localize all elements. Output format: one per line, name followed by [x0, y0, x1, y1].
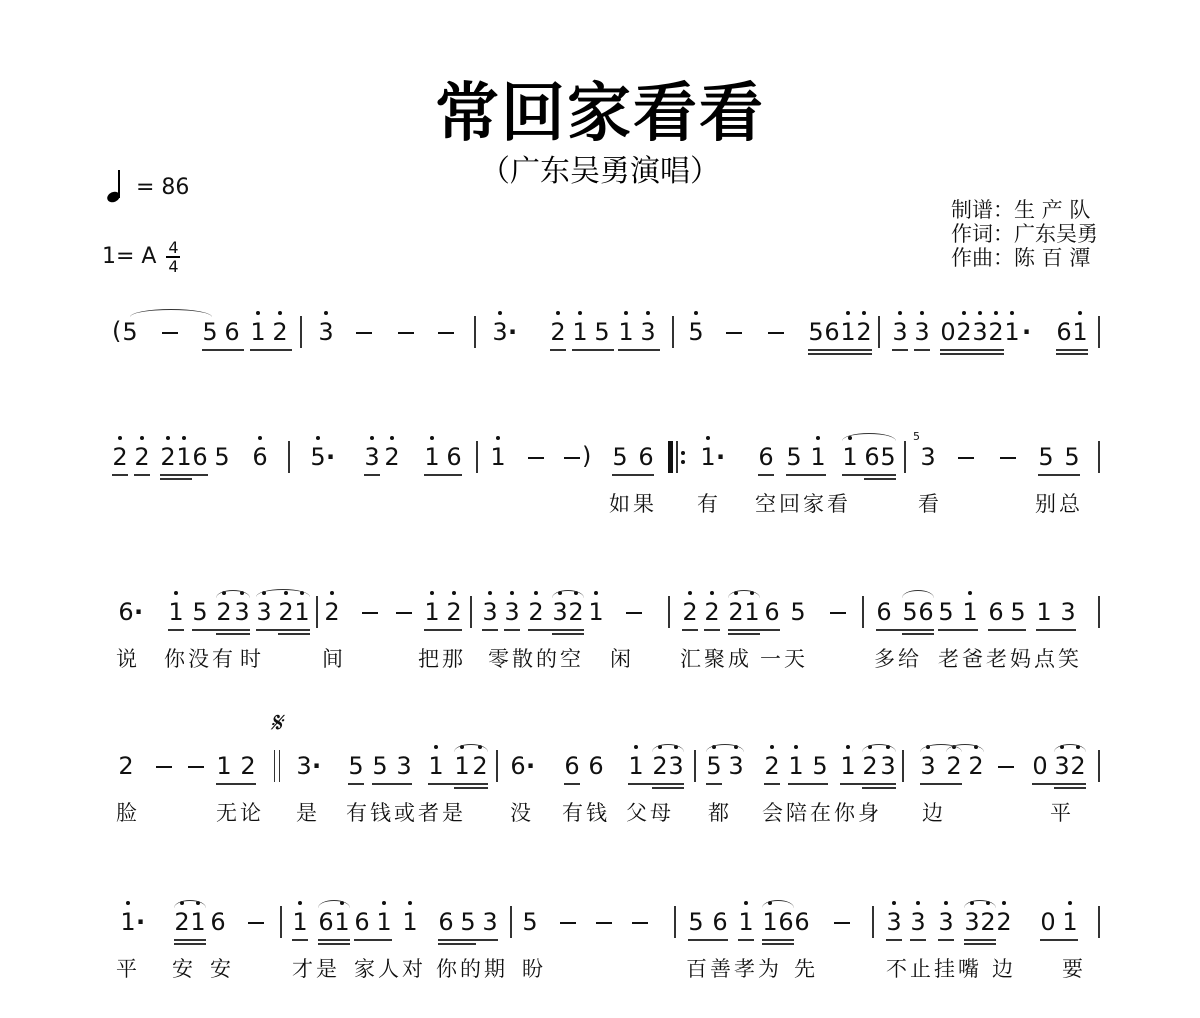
duration-underline: [216, 633, 250, 635]
barline: [496, 750, 498, 782]
score-system: 6·1523321212332321222165656516513说你没有时间把…: [112, 592, 1102, 682]
tempo-marking: = 86: [106, 170, 189, 204]
duration-underline: [840, 783, 896, 785]
lyric-text: 脸: [116, 800, 140, 826]
note: 6: [588, 752, 604, 780]
note: 2: [568, 598, 584, 626]
lyric-text: 会陪在你身: [762, 800, 882, 826]
sustain-dash: [830, 612, 846, 614]
duration-underline: [886, 939, 902, 941]
duration-underline: [354, 939, 392, 941]
lyric-text: 把那: [418, 646, 466, 672]
sustain-dash: [998, 766, 1014, 768]
augmentation-dot: ·: [326, 443, 335, 471]
note: 3: [396, 752, 412, 780]
note: 6: [638, 443, 654, 471]
lyrics-line: 脸无论是有钱或者是没有钱父母都会陪在你身边平: [112, 806, 1102, 836]
lyric-text: 盼: [522, 956, 546, 982]
note: 1: [788, 752, 804, 780]
note: 3: [668, 752, 684, 780]
note: 5: [522, 908, 538, 936]
staff-line: (5561233·21513556123302321·61: [112, 312, 1102, 372]
lyric-text: 老爸老妈点笑: [938, 646, 1082, 672]
sustain-dash: [528, 457, 544, 459]
duration-underline: [964, 939, 996, 941]
sustain-dash: [726, 332, 742, 334]
note: 5: [202, 318, 218, 346]
augmentation-dot: ·: [1022, 318, 1031, 346]
note: 0: [1040, 908, 1056, 936]
lyric-text: 看: [918, 491, 942, 517]
note: 1: [1072, 318, 1088, 346]
note: 3: [910, 908, 926, 936]
duration-underline: [988, 629, 1026, 631]
barline: [280, 906, 282, 938]
duration-underline: [504, 629, 520, 631]
note: 2: [704, 598, 720, 626]
note: 5: [310, 443, 326, 471]
slur-arc: [862, 744, 896, 752]
note: 0: [940, 318, 956, 346]
note: 2: [446, 598, 462, 626]
sustain-dash: [438, 332, 454, 334]
note: 2: [980, 908, 996, 936]
note: 3: [886, 908, 902, 936]
staff-line: 22216565·32161)561·6511655355: [112, 437, 1102, 497]
duration-underline: [864, 478, 896, 480]
duration-underline: [920, 783, 962, 785]
note: 1: [840, 752, 856, 780]
note: 5: [786, 443, 802, 471]
duration-underline: [112, 474, 128, 476]
staff-line: 6·1523321212332321222165656516513: [112, 592, 1102, 652]
note: 1: [402, 908, 418, 936]
note: 5: [1010, 598, 1026, 626]
duration-underline: [706, 783, 722, 785]
duration-underline: [160, 474, 208, 476]
staff-line: 𝄋2123·5531126·6612353215123322032: [112, 746, 1102, 806]
barline: [1098, 441, 1100, 473]
lyric-text: 边: [922, 800, 946, 826]
note: 3: [1054, 752, 1070, 780]
segno-icon: 𝄋: [270, 706, 282, 740]
duration-underline: [704, 629, 720, 631]
note: 5: [688, 318, 704, 346]
duration-underline: [940, 349, 1004, 351]
lyric-text: 才是: [292, 956, 340, 982]
sustain-dash: [632, 922, 648, 924]
duration-underline: [482, 629, 498, 631]
slur-arc: [130, 309, 212, 317]
note: 6: [318, 908, 334, 936]
note: 2: [118, 752, 134, 780]
note: 2: [996, 908, 1012, 936]
key-signature: 1= A 4 4: [102, 240, 180, 274]
note: 2: [134, 443, 150, 471]
lyric-text: 多给: [874, 646, 922, 672]
duration-underline: [728, 629, 780, 631]
sustain-dash: [564, 457, 580, 459]
duration-underline: [688, 939, 728, 941]
duration-underline: [1056, 353, 1088, 355]
duration-underline: [728, 633, 760, 635]
note: 1: [428, 752, 444, 780]
lyric-text: 父母: [626, 800, 674, 826]
note: 1: [572, 318, 588, 346]
note: 3: [482, 908, 498, 936]
note: 1: [588, 598, 604, 626]
barline: [300, 316, 302, 348]
note: 2: [272, 318, 288, 346]
credit-transcriber: 制谱：生 产 队: [951, 198, 1098, 222]
slur-arc: [728, 590, 760, 598]
barline: [470, 596, 472, 628]
note: 2: [1070, 752, 1086, 780]
note: 6: [438, 908, 454, 936]
barline: [694, 750, 696, 782]
note: 3: [504, 598, 520, 626]
lyric-text: 你的期: [436, 956, 508, 982]
note: 6: [564, 752, 580, 780]
duration-underline: [318, 943, 350, 945]
duration-underline: [910, 939, 926, 941]
duration-underline: [454, 787, 488, 789]
note: 6: [794, 908, 810, 936]
note: 2: [862, 752, 878, 780]
duration-underline: [842, 474, 896, 476]
duration-underline: [902, 633, 934, 635]
note: 1: [424, 443, 440, 471]
note: 5: [880, 443, 896, 471]
song-title: 常回家看看: [0, 62, 1200, 154]
note: 1: [738, 908, 754, 936]
lyrics-line: 说你没有时间把那零散的空闲汇聚成一天多给老爸老妈点笑: [112, 652, 1102, 682]
note: 5: [902, 598, 918, 626]
duration-underline: [438, 939, 498, 941]
lyric-text: 无论: [216, 800, 264, 826]
augmentation-dot: ·: [526, 752, 535, 780]
note: 1: [744, 598, 760, 626]
key-label: 1= A: [102, 244, 156, 269]
lyric-text: 不止挂嘴: [886, 956, 982, 982]
lyric-text: 说: [116, 646, 140, 672]
note: 2: [988, 318, 1004, 346]
lyric-text: 要: [1062, 956, 1086, 982]
duration-underline: [168, 629, 184, 631]
lyric-text: 别总: [1035, 491, 1083, 517]
note: 1: [762, 908, 778, 936]
duration-underline: [618, 349, 660, 351]
score-system: 22216565·32161)561·6511655355如果有空回家看看别总: [112, 437, 1102, 527]
note: 1: [216, 752, 232, 780]
duration-underline: [564, 783, 580, 785]
note: 5: [348, 752, 364, 780]
note: 6: [778, 908, 794, 936]
note: 2: [956, 318, 972, 346]
barline: [1098, 596, 1100, 628]
duration-underline: [424, 474, 462, 476]
note: 1: [490, 443, 506, 471]
sustain-dash: [958, 457, 974, 459]
note: 1: [168, 598, 184, 626]
note: 1: [618, 318, 634, 346]
barline: [902, 750, 904, 782]
credit-lyricist: 作词：广东吴勇: [951, 222, 1098, 246]
duration-underline: [1056, 349, 1088, 351]
duration-underline: [250, 349, 292, 351]
slur-arc: [842, 433, 896, 441]
slur-arc: [216, 590, 250, 598]
note: 1: [376, 908, 392, 936]
note: 1: [176, 443, 192, 471]
duration-underline: [428, 783, 488, 785]
duration-underline: [738, 939, 754, 941]
slur-arc: [946, 744, 984, 752]
duration-underline: [808, 353, 872, 355]
note: 3: [728, 752, 744, 780]
slur-arc: [706, 744, 744, 752]
note: 2: [856, 318, 872, 346]
barline: [1098, 906, 1100, 938]
slur-arc: [318, 900, 350, 908]
note: 5: [372, 752, 388, 780]
note: 3: [892, 318, 908, 346]
lyric-text: 一天: [760, 646, 808, 672]
slur-arc: [762, 900, 794, 908]
note: 1: [334, 908, 350, 936]
augmentation-dot: ·: [716, 443, 725, 471]
note: 2: [240, 752, 256, 780]
note: 6: [210, 908, 226, 936]
slur-arc: [652, 744, 684, 752]
note: 3: [234, 598, 250, 626]
slur-arc: [174, 900, 206, 908]
duration-underline: [1054, 787, 1086, 789]
note: 6: [446, 443, 462, 471]
duration-underline: [202, 349, 244, 351]
barline: [878, 316, 880, 348]
lyric-text: 安: [172, 956, 196, 982]
score-system: (5561233·21513556123302321·61: [112, 312, 1102, 402]
sustain-dash: [398, 332, 414, 334]
tempo-value: = 86: [136, 175, 189, 200]
barline: [862, 596, 864, 628]
duration-underline: [572, 349, 614, 351]
note: 5: [612, 443, 628, 471]
lyric-text: 是: [296, 800, 320, 826]
note: 2: [946, 752, 962, 780]
lyric-text: 零散的空: [488, 646, 584, 672]
sustain-dash: [162, 332, 178, 334]
note: 1: [628, 752, 644, 780]
duration-underline: [892, 349, 908, 351]
note: 3: [482, 598, 498, 626]
lyrics-line: [112, 372, 1102, 402]
note: 1: [842, 443, 858, 471]
note: 3: [552, 598, 568, 626]
duration-underline: [1038, 474, 1080, 476]
note: 2: [278, 598, 294, 626]
staff-line: 1·216161611653556116633332201: [112, 902, 1102, 962]
sustain-dash: [356, 332, 372, 334]
note: 1: [454, 752, 470, 780]
note: 5: [688, 908, 704, 936]
duration-underline: [786, 474, 826, 476]
note: 2: [472, 752, 488, 780]
lyric-text: 平: [1050, 800, 1074, 826]
lyric-text: 有钱: [562, 800, 610, 826]
duration-underline: [1040, 939, 1078, 941]
barline: [672, 316, 674, 348]
duration-underline: [278, 633, 310, 635]
note: 2: [728, 598, 744, 626]
note: 5: [1038, 443, 1054, 471]
note: 2: [112, 443, 128, 471]
note: 1: [1004, 318, 1020, 346]
duration-underline: [1036, 629, 1076, 631]
augmentation-dot: ·: [136, 908, 145, 936]
note: 3: [938, 908, 954, 936]
barline: [1098, 750, 1100, 782]
grace-note: 5: [913, 431, 920, 442]
duration-underline: [364, 474, 380, 476]
note: 3: [914, 318, 930, 346]
score-system: 1·216161611653556116633332201平安安才是家人对你的期…: [112, 902, 1102, 992]
credit-composer: 作曲：陈 百 潭: [951, 246, 1098, 270]
note: 6: [354, 908, 370, 936]
note: 2: [160, 443, 176, 471]
note: 3: [364, 443, 380, 471]
note: 0: [1032, 752, 1048, 780]
duration-underline: [652, 787, 684, 789]
note: 6: [224, 318, 240, 346]
barline: [476, 441, 478, 473]
note: 1: [1062, 908, 1078, 936]
duration-underline: [758, 474, 774, 476]
note: 3: [1060, 598, 1076, 626]
note: 3: [640, 318, 656, 346]
barline: [904, 441, 906, 473]
note: 5: [938, 598, 954, 626]
duration-underline: [292, 939, 308, 941]
note: 6: [758, 443, 774, 471]
duration-underline: [424, 629, 462, 631]
augmentation-dot: ·: [312, 752, 321, 780]
lyric-text: 有钱或者是: [346, 800, 466, 826]
duration-underline: [372, 783, 412, 785]
note: 2: [968, 752, 984, 780]
repeat-start-barline: [668, 441, 684, 473]
lyric-text: 百善孝为: [686, 956, 782, 982]
sustain-dash: [396, 612, 412, 614]
note: 2: [764, 752, 780, 780]
slur-arc: [902, 590, 934, 598]
duration-underline: [964, 943, 996, 945]
lyric-text: 没: [510, 800, 534, 826]
note: 1: [1036, 598, 1052, 626]
slur-arc: [552, 590, 584, 598]
note: 1: [120, 908, 136, 936]
note: 3: [920, 443, 936, 471]
quarter-note-icon: [106, 170, 122, 204]
note: 2: [652, 752, 668, 780]
note: 6: [252, 443, 268, 471]
lyric-text: 安: [210, 956, 234, 982]
time-sig-top: 4: [168, 240, 178, 255]
slur-arc: [964, 900, 996, 908]
note: 5: [460, 908, 476, 936]
sustain-dash: [626, 612, 642, 614]
augmentation-dot: ·: [508, 318, 517, 346]
lyric-text: 汇聚成: [680, 646, 752, 672]
lyric-text: 时: [240, 646, 264, 672]
barline: [1098, 316, 1100, 348]
lyric-text: 平: [116, 956, 140, 982]
note: 6: [510, 752, 526, 780]
note: 1: [840, 318, 856, 346]
duration-underline: [682, 629, 698, 631]
note: 6: [764, 598, 780, 626]
note: 2: [682, 598, 698, 626]
sustain-dash: [188, 766, 204, 768]
note: 3: [880, 752, 896, 780]
note: 3: [296, 752, 312, 780]
sustain-dash: [1000, 457, 1016, 459]
note: 2: [174, 908, 190, 936]
lyric-text: 如果: [609, 491, 657, 517]
note: 3: [492, 318, 508, 346]
duration-underline: [134, 474, 150, 476]
parenthesis: ): [582, 442, 591, 470]
note: 5: [812, 752, 828, 780]
barline: [474, 316, 476, 348]
sustain-dash: [560, 922, 576, 924]
note: 6: [918, 598, 934, 626]
note: 1: [190, 908, 206, 936]
sustain-dash: [248, 922, 264, 924]
lyric-text: 你没有: [164, 646, 236, 672]
note: 1: [810, 443, 826, 471]
barline: [510, 906, 512, 938]
lyric-text: 间: [322, 646, 346, 672]
duration-underline: [876, 629, 934, 631]
duration-underline: [348, 783, 364, 785]
parenthesis: (: [112, 317, 121, 345]
note: 1: [292, 908, 308, 936]
duration-underline: [764, 783, 780, 785]
duration-underline: [940, 353, 1004, 355]
note: 1: [962, 598, 978, 626]
lyric-text: 家人对: [354, 956, 426, 982]
slur-arc: [1054, 744, 1086, 752]
note: 5: [192, 598, 208, 626]
sustain-dash: [362, 612, 378, 614]
note: 1: [700, 443, 716, 471]
duration-underline: [192, 629, 250, 631]
duration-underline: [938, 939, 954, 941]
lyrics-line: 如果有空回家看看别总: [112, 497, 1102, 527]
lyrics-line: 平安安才是家人对你的期盼百善孝为先不止挂嘴边要: [112, 962, 1102, 992]
barline: [674, 906, 676, 938]
note: 3: [972, 318, 988, 346]
duration-underline: [256, 629, 310, 631]
note: 6: [118, 598, 134, 626]
duration-underline: [808, 349, 872, 351]
duration-underline: [612, 474, 654, 476]
duration-underline: [174, 943, 206, 945]
barline: [872, 906, 874, 938]
note: 5: [594, 318, 610, 346]
